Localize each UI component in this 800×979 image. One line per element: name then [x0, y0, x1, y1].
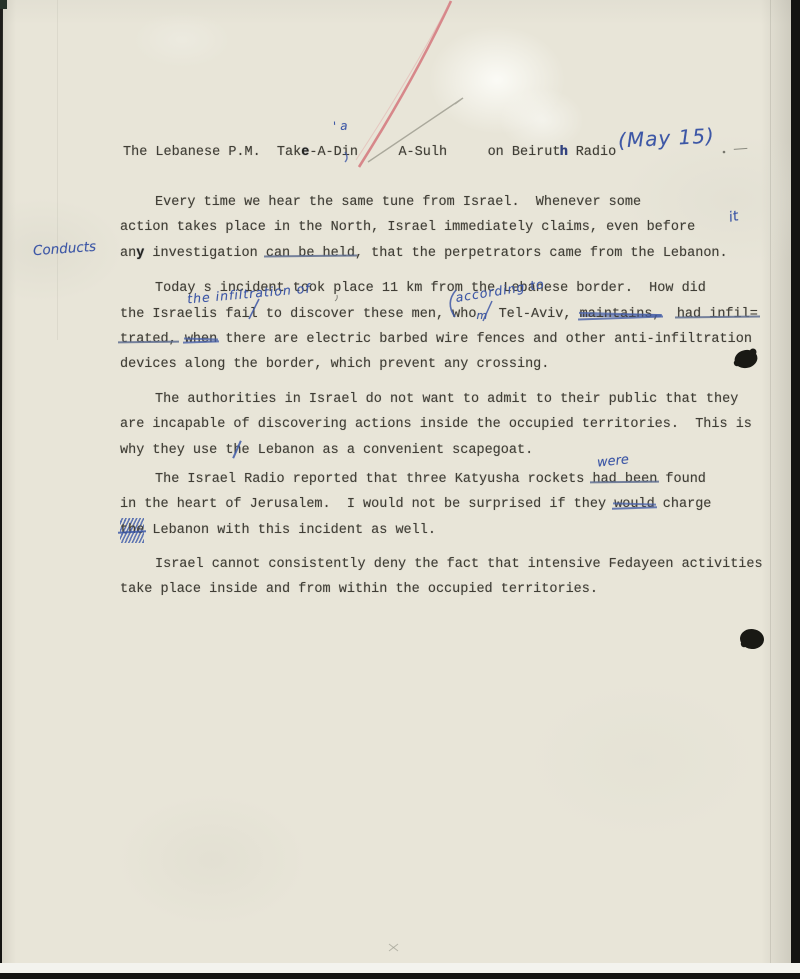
typed-text: found [657, 472, 706, 487]
typed-line: the Israelis fail to discover these men,… [120, 301, 758, 326]
typed-line: Israel cannot consistently deny the fact… [120, 552, 763, 577]
paper-grain-line [57, 0, 58, 340]
typed-line: in the heart of Jerusalem. I would not b… [120, 492, 711, 517]
scanned-document-page: { "doc": { "title": { "t0": "The Lebanes… [0, 0, 800, 979]
typed-line: trated, when there are electric barbed w… [120, 327, 758, 352]
typed-line: why they use the Lebanon as a convenient… [120, 438, 752, 463]
struck-text-had-infil: had infil= [677, 302, 758, 327]
typed-text: there are electric barbed wire fences an… [217, 332, 752, 347]
typed-text: Lebanon with this incident as well. [144, 523, 436, 538]
typed-text: Israel cannot consistently deny the fact… [155, 557, 763, 572]
pen-corrected-char: h [560, 145, 568, 160]
typed-line: any investigation can be held, that the … [120, 241, 728, 266]
handwritten-insert-a: ' a [333, 119, 348, 134]
struck-text-had-been: had been [592, 467, 657, 492]
typed-text: Every time we hear the same tune from Is… [155, 195, 641, 210]
pencil-dash: — [732, 138, 748, 157]
typed-line: action takes place in the North, Israel … [120, 215, 728, 240]
typed-text: The authorities in Israel do not want to… [155, 392, 738, 407]
typed-text: are incapable of discovering actions ins… [120, 417, 752, 432]
typed-text: Lebanon as a convenient scapegoat. [250, 443, 534, 458]
typed-text: Tel-Aviv, [490, 307, 579, 322]
typed-text: in the heart of Jerusalem. I would not b… [120, 497, 614, 512]
typed-text: take place inside and from within the oc… [120, 582, 598, 597]
title-line: The Lebanese P.M. Take-A-Din A-Sulh on B… [123, 140, 616, 165]
struck-text-can-be-held: can be held [266, 241, 355, 266]
typed-text: why they use [120, 443, 225, 458]
typed-text: investigation [144, 246, 266, 261]
title-segment: -A-Din A-Sulh on Beirut [309, 145, 560, 160]
handwritten-date-may-15: (May 15) [617, 123, 715, 152]
typed-text [661, 307, 677, 322]
typed-line: are incapable of discovering actions ins… [120, 412, 752, 437]
title-segment: Radio [568, 145, 617, 160]
typed-line: The Israel Radio reported that three Kat… [120, 467, 711, 492]
struck-text-maintains: maintains, [580, 302, 661, 327]
paragraph-3: The authorities in Israel do not want to… [120, 387, 752, 463]
slashed-text-the: the [225, 438, 249, 463]
typed-text: action takes place in the North, Israel … [120, 220, 695, 235]
typed-text: The Israel Radio reported that three Kat… [155, 472, 592, 487]
scribbled-text-the: the [120, 518, 144, 543]
typed-line: take place inside and from within the oc… [120, 577, 763, 602]
typed-line: The authorities in Israel do not want to… [120, 387, 752, 412]
paragraph-4: The Israel Radio reported that three Kat… [120, 467, 711, 543]
typed-text: devices along the border, which prevent … [120, 357, 549, 372]
typed-text: an [120, 246, 136, 261]
scan-bottom-strip [0, 963, 800, 973]
typed-line: devices along the border, which prevent … [120, 352, 758, 377]
page-fold-line [770, 0, 771, 963]
typed-text: the Israelis fail to discover these men,… [120, 307, 476, 322]
typed-text: , that the perpetrators came from the Le… [355, 246, 728, 261]
struck-text-trated: trated, [120, 327, 177, 352]
title-segment: The Lebanese P.M. Tak [123, 145, 301, 160]
typed-line: Every time we hear the same tune from Is… [120, 190, 728, 215]
struck-text-would: would [614, 492, 655, 517]
struck-text-when: when [185, 327, 217, 352]
scan-corner-mark [0, 0, 7, 9]
handwritten-m-insert: m [476, 303, 490, 328]
scan-left-edge [0, 0, 3, 430]
typed-line: the Lebanon with this incident as well. [120, 518, 711, 543]
title-text: The Lebanese P.M. Take-A-Din A-Sulh on B… [123, 140, 616, 165]
paragraph-1: Every time we hear the same tune from Is… [120, 190, 728, 266]
typed-text: charge [655, 497, 712, 512]
paragraph-5: Israel cannot consistently deny the fact… [120, 552, 763, 603]
